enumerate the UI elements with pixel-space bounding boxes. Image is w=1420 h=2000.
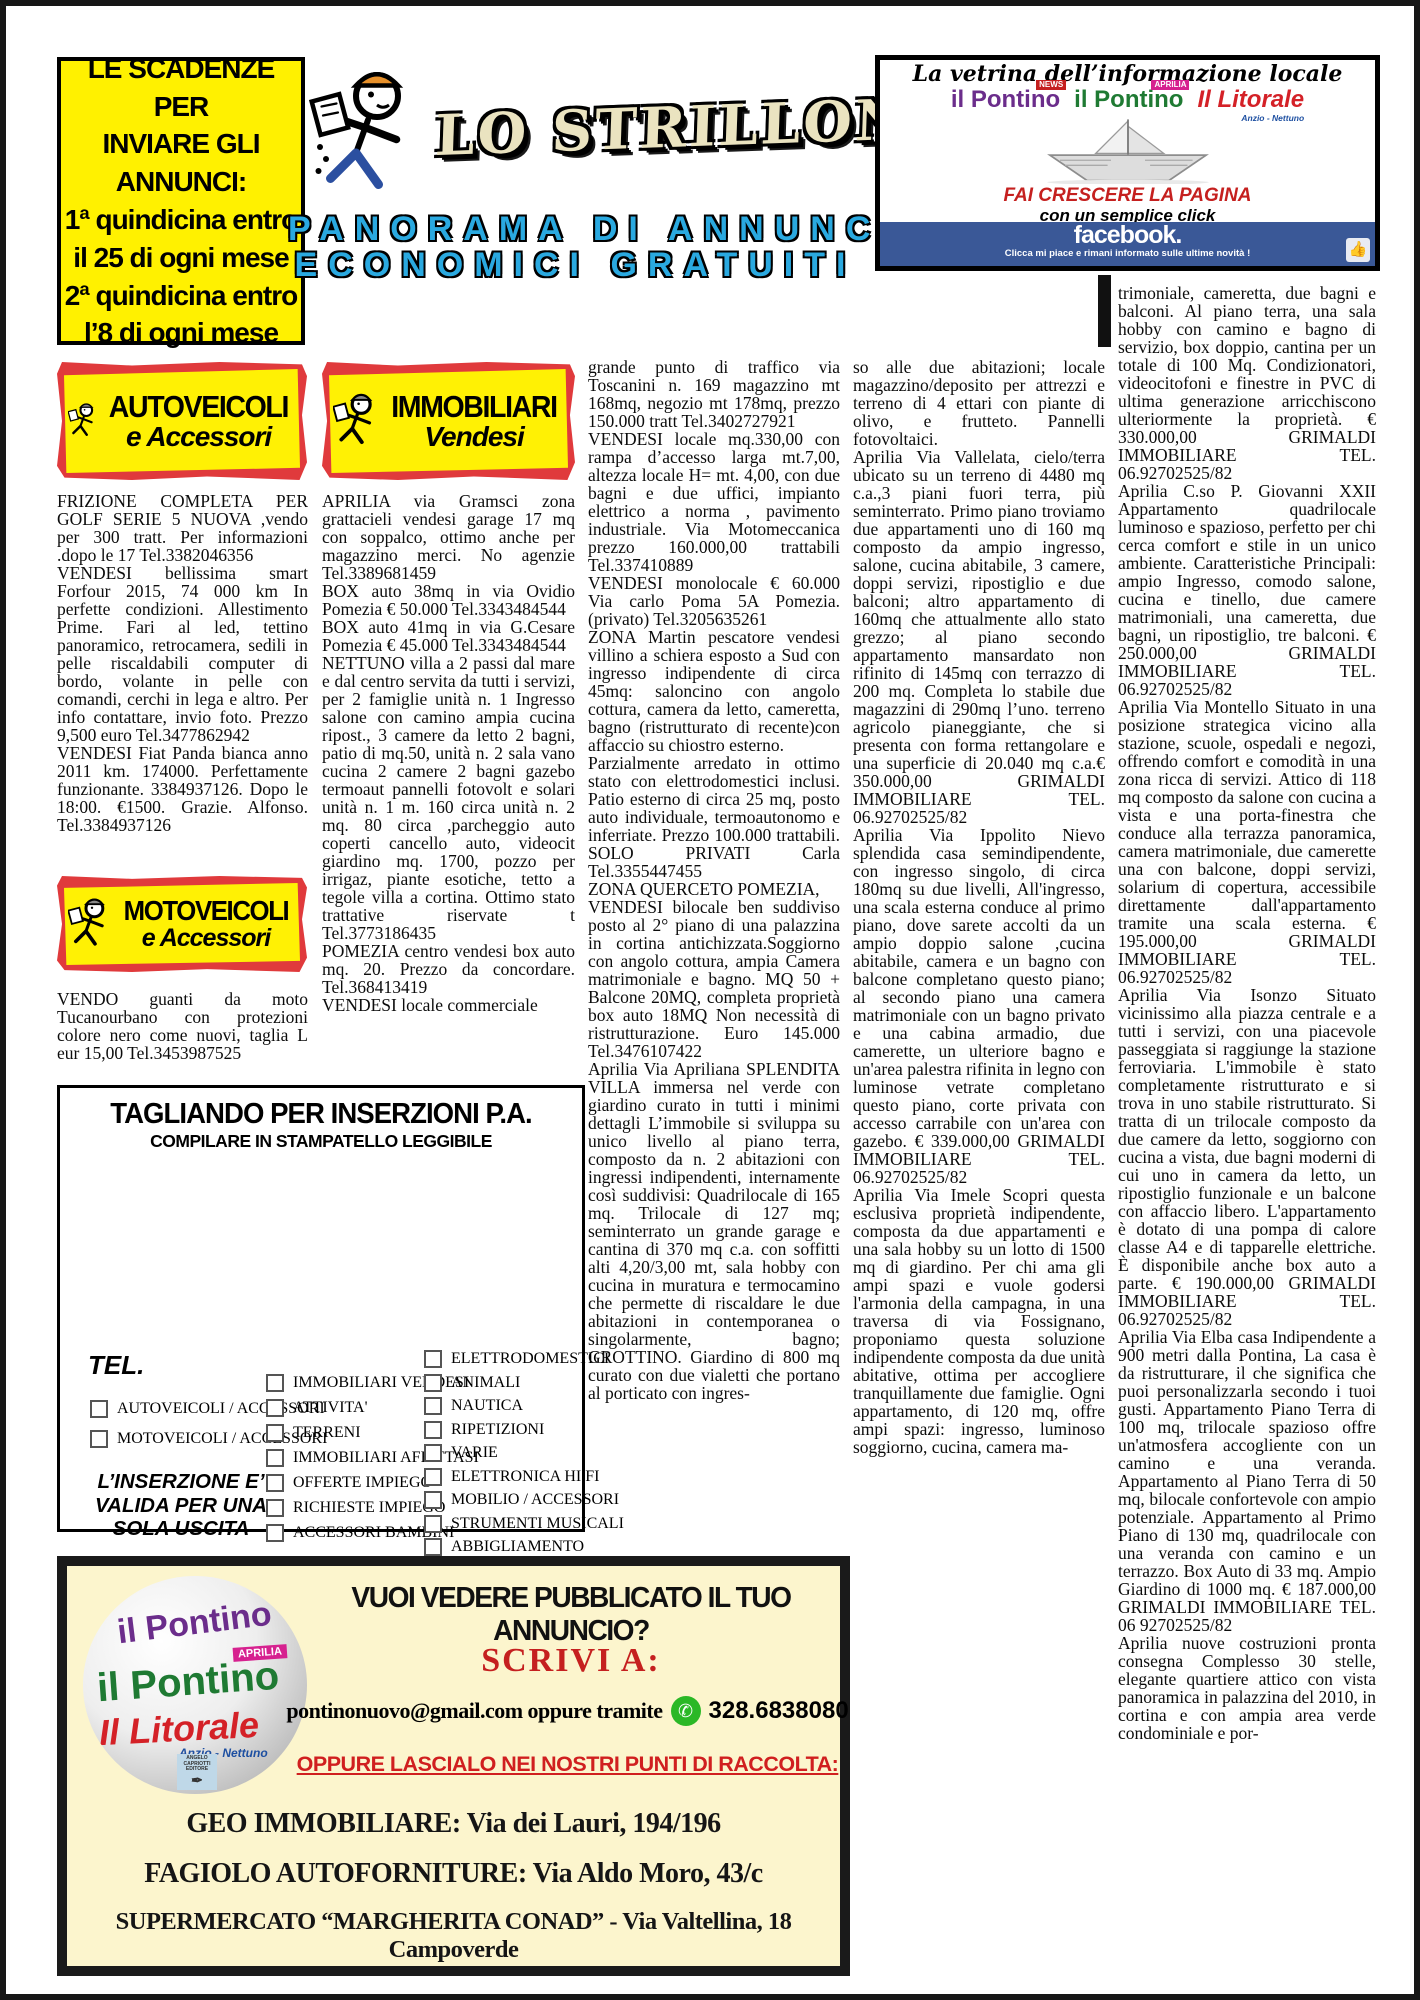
tel-label: TEL. <box>88 1350 144 1381</box>
dropoff-headline: OPPURE LASCIALO NEI NOSTRI PUNTI DI RACC… <box>295 1752 840 1777</box>
section-title: MOTOVEICOLI <box>123 897 289 925</box>
deadlines-box: LE SCADENZE PER INVIARE GLI ANNUNCI: 1ª … <box>57 57 305 345</box>
section-subtitle: e Accessori <box>101 422 296 451</box>
ads-column-5: trimoniale, cameretta, due bagni e balco… <box>1118 284 1376 1742</box>
deadline-line: il 25 di ogni mese <box>61 239 301 277</box>
category-label: VARIE <box>451 1444 498 1462</box>
checkbox[interactable] <box>266 1449 284 1467</box>
cta-grow-page: FAI CRESCERE LA PAGINA <box>880 186 1375 207</box>
category-label: ANIMALI <box>451 1374 520 1392</box>
logo-il-pontino-aprilia: il Pontino APRILIA <box>1074 88 1183 112</box>
checkbox[interactable] <box>266 1399 284 1417</box>
newsboy-mascot-icon <box>68 889 116 959</box>
ad-text: ZONA QUERCETO POMEZIA, <box>588 880 840 898</box>
autoveicoli-ads-column: FRIZIONE COMPLETA PER GOLF SERIE 5 NUOVA… <box>57 492 308 834</box>
ad-text: Aprilia Via Apriliana SPLENDITA VILLA im… <box>588 1060 840 1402</box>
checkbox[interactable] <box>424 1515 442 1533</box>
category-label: RICHIESTE IMPIEGO <box>293 1499 445 1517</box>
category-label: NAUTICA <box>451 1397 523 1415</box>
checkbox[interactable] <box>424 1444 442 1462</box>
category-label: STRUMENTI MUSICALI <box>451 1515 624 1533</box>
ad-text: so alle due abitazioni; locale magazzino… <box>853 358 1105 448</box>
deadline-line: LE SCADENZE PER <box>61 50 301 126</box>
publisher-stamp-text: ANGELO CAPRIOTTI EDITORE <box>184 1755 211 1772</box>
ad-text: POMEZIA centro vendesi box auto mq. 20. … <box>322 942 575 996</box>
decorative-bar <box>1098 275 1111 347</box>
checkbox[interactable] <box>266 1424 284 1442</box>
dropoff-location: FAGIOLO AUTOFORNITURE: Via Aldo Moro, 43… <box>79 1858 828 1890</box>
ball-logo-il-pontino-aprilia: il Pontino <box>96 1654 281 1712</box>
local-info-promo-box: La vetrina dell’informazione locale il P… <box>875 55 1380 271</box>
email-address[interactable]: pontinonuovo@gmail.com oppure tramite <box>286 1698 662 1724</box>
publisher-stamp: ANGELO CAPRIOTTI EDITORE ✒ <box>177 1754 217 1790</box>
newsboy-mascot-icon <box>333 380 384 462</box>
ad-text: FRIZIONE COMPLETA PER GOLF SERIE 5 NUOVA… <box>57 492 308 564</box>
ad-text: Aprilia Via Isonzo Situato vicinissimo a… <box>1118 986 1376 1328</box>
ad-text: BOX auto 41mq in via G.Cesare Pomezia € … <box>322 618 575 654</box>
ad-text: VENDESI locale commerciale <box>322 996 575 1014</box>
facebook-banner[interactable]: facebook. Clicca mi piace e rimani infor… <box>880 222 1375 266</box>
section-subtitle: Vendesi <box>384 422 564 451</box>
ads-column-3: grande punto di traffico via Toscanini n… <box>588 358 840 1402</box>
immobiliari-ads-column: APRILIA via Gramsci zona grattacieli ven… <box>322 492 575 1014</box>
newspapers-ball-logo: il Pontino APRILIA il Pontino Il Litoral… <box>83 1576 307 1794</box>
ad-text: BOX auto 38mq in via Ovidio Pomezia € 50… <box>322 582 575 618</box>
ad-text: Aprilia nuove costruzioni pronta consegn… <box>1118 1634 1376 1742</box>
classified-submission-form: TAGLIANDO PER INSERZIONI P.A. COMPILARE … <box>57 1085 585 1532</box>
category-label: MOBILIO / ACCESSORI <box>451 1491 619 1509</box>
ad-text: Parzialmente arredato in ottimo stato co… <box>588 754 840 880</box>
checkbox[interactable] <box>424 1491 442 1509</box>
logo-text: il Pontino <box>1074 86 1183 113</box>
newsboy-mascot-icon <box>306 60 436 210</box>
publish-your-ad-banner: il Pontino APRILIA il Pontino Il Litoral… <box>57 1556 850 1976</box>
whatsapp-icon: ✆ <box>671 1696 701 1726</box>
ad-text: Aprilia Via Montello Situato in una posi… <box>1118 698 1376 986</box>
promo-tagline: La vetrina dell’informazione locale <box>880 61 1375 87</box>
banner-headline: VUOI VEDERE PUBBLICATO IL TUO ANNUNCIO? <box>315 1582 827 1648</box>
newspaper-logos-row: il Pontino NEWS il Pontino APRILIA Il Li… <box>880 88 1375 112</box>
masthead: LO STRILLONE <box>300 52 865 217</box>
dropoff-location: SUPERMERCATO “MARGHERITA CONAD” - Via Va… <box>79 1908 828 1964</box>
newspaper-page: LE SCADENZE PER INVIARE GLI ANNUNCI: 1ª … <box>0 0 1420 2000</box>
category-label: TERRENI <box>293 1424 361 1442</box>
motoveicoli-ads-column: VENDO guanti da moto Tucanourbano con pr… <box>57 990 308 1062</box>
checkbox[interactable] <box>424 1397 442 1415</box>
facebook-logo: facebook. <box>880 222 1375 248</box>
logo-il-litorale: Il Litorale Anzio - Nettuno <box>1197 88 1304 112</box>
ad-text: grande punto di traffico via Toscanini n… <box>588 358 840 430</box>
logo-text: il Pontino <box>951 86 1060 113</box>
category-label: RIPETIZIONI <box>451 1421 544 1439</box>
paper-boat-icon <box>880 116 1375 186</box>
checkbox[interactable] <box>424 1538 442 1556</box>
ads-column-4: so alle due abitazioni; locale magazzino… <box>853 358 1105 1456</box>
ad-text: Aprilia Via Imele Scopri questa esclusiv… <box>853 1186 1105 1456</box>
logo-text: Il Litorale <box>1197 86 1304 113</box>
write-to-label: SCRIVI A: <box>307 1642 835 1680</box>
deadline-line: l’8 di ogni mese <box>61 314 301 352</box>
page-tagline: PANORAMA DI ANNUNCI ECONOMICI GRATUITI <box>288 212 863 283</box>
ball-logo-il-pontino: il Pontino <box>115 1595 273 1653</box>
ad-text: Aprilia Via Elba casa Indipendente a 900… <box>1118 1328 1376 1634</box>
checkbox[interactable] <box>266 1374 284 1392</box>
contact-row: pontinonuovo@gmail.com oppure tramite ✆ … <box>295 1696 840 1726</box>
deadline-line: 1ª quindicina entro <box>61 201 301 239</box>
dropoff-location: GEO IMMOBILIARE: Via dei Lauri, 194/196 <box>79 1808 828 1840</box>
ad-text: Aprilia Via Vallelata, cielo/terra ubica… <box>853 448 1105 826</box>
category-label: ABBIGLIAMENTO <box>451 1538 584 1556</box>
ad-text: VENDESI bellissima smart Forfour 2015, 7… <box>57 564 308 744</box>
section-title: IMMOBILIARI <box>391 391 556 422</box>
checkbox[interactable] <box>266 1499 284 1517</box>
whatsapp-number[interactable]: 328.6838080 <box>709 1697 849 1725</box>
section-subtitle: e Accessori <box>116 925 296 951</box>
deadline-line: 2ª quindicina entro <box>61 277 301 315</box>
ad-text: APRILIA via Gramsci zona grattacieli ven… <box>322 492 575 582</box>
section-header-immobiliari: IMMOBILIARI Vendesi <box>322 362 575 480</box>
ad-text: VENDESI Fiat Panda bianca anno 2011 km. … <box>57 744 308 834</box>
pen-icon: ✒ <box>177 1773 217 1787</box>
section-header-autoveicoli: AUTOVEICOLI e Accessori <box>57 362 307 480</box>
tagline-line-2: ECONOMICI GRATUITI <box>288 248 863 284</box>
form-title: TAGLIANDO PER INSERZIONI P.A. <box>73 1098 569 1131</box>
checkbox[interactable] <box>424 1350 442 1368</box>
ad-text: VENDO guanti da moto Tucanourbano con pr… <box>57 990 308 1062</box>
checkbox[interactable] <box>266 1474 284 1492</box>
news-tag: NEWS <box>1036 80 1066 90</box>
ad-text: VENDESI locale mq.330,00 con rampa d’acc… <box>588 430 840 574</box>
ad-text: ZONA Martin pescatore vendesi villino a … <box>588 628 840 754</box>
aprilia-tag: APRILIA <box>1151 80 1189 90</box>
deadline-line: INVIARE GLI ANNUNCI: <box>61 125 301 201</box>
form-validity-note: L’INSERZIONE E’ VALIDA PER UNA SOLA USCI… <box>76 1470 286 1541</box>
checkbox[interactable] <box>424 1374 442 1392</box>
like-thumb-icon: 👍 <box>1346 238 1370 262</box>
category-label: OFFERTE IMPIEGO <box>293 1474 432 1492</box>
tagline-line-1: PANORAMA DI ANNUNCI <box>288 212 863 248</box>
category-checkbox-group-3: ELETTRODOMESTICI ANIMALI NAUTICA RIPETIZ… <box>424 1350 624 1562</box>
category-label: ATTIVITA' <box>293 1399 367 1417</box>
newsboy-mascot-icon <box>68 380 101 462</box>
section-title: AUTOVEICOLI <box>109 391 288 422</box>
logo-il-pontino-news: il Pontino NEWS <box>951 88 1060 112</box>
ad-text: VENDESI monolocale € 60.000 Via carlo Po… <box>588 574 840 628</box>
facebook-caption: Clicca mi piace e rimani informato sulle… <box>880 248 1375 259</box>
form-subtitle: COMPILARE IN STAMPATELLO LEGGIBILE <box>60 1131 582 1152</box>
ad-text: VENDESI bilocale ben suddiviso posto al … <box>588 898 840 1060</box>
category-label: ELETTRONICA HI FI <box>451 1468 599 1486</box>
checkbox[interactable] <box>424 1468 442 1486</box>
ad-text: trimoniale, cameretta, due bagni e balco… <box>1118 284 1376 482</box>
checkbox[interactable] <box>90 1430 108 1448</box>
checkbox[interactable] <box>266 1524 284 1542</box>
checkbox[interactable] <box>90 1400 108 1418</box>
ad-text: Aprilia C.so P. Giovanni XXII Appartamen… <box>1118 482 1376 698</box>
ad-text: NETTUNO villa a 2 passi dal mare e dal c… <box>322 654 575 942</box>
form-writing-area[interactable] <box>80 1178 562 1338</box>
ad-text: Aprilia Via Ippolito Nievo splendida cas… <box>853 826 1105 1186</box>
category-label: ELETTRODOMESTICI <box>451 1350 609 1368</box>
section-header-motoveicoli: MOTOVEICOLI e Accessori <box>57 876 307 972</box>
litorale-subtitle: Anzio - Nettuno <box>1241 114 1304 123</box>
checkbox[interactable] <box>424 1421 442 1439</box>
